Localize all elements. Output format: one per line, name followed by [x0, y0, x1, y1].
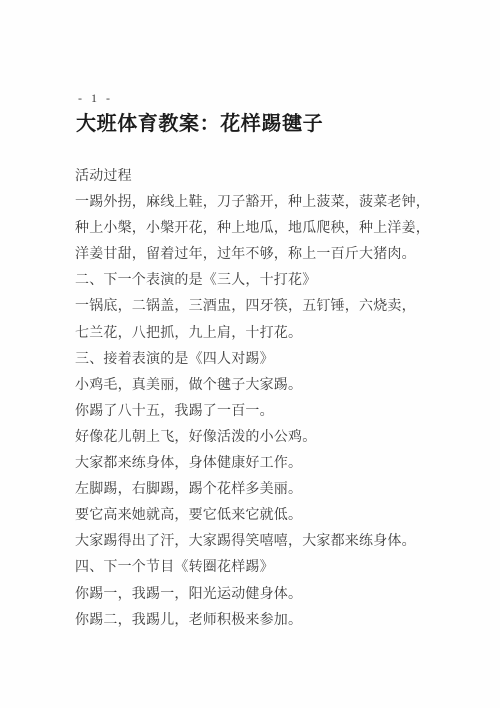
page-number: - 1 - [78, 91, 113, 105]
text-line: 小鸡毛，真美丽，做个毽子大家踢。 [75, 373, 485, 399]
section-heading-four: 四、下一个节目《转圈花样踢》 [75, 555, 485, 581]
section-title-activity-process: 活动过程 [75, 164, 485, 190]
document-title: 大班体育教案：花样踢毽子 [76, 110, 323, 138]
text-line: 你踢一，我踢一，阳光运动健身体。 [75, 582, 485, 608]
text-line: 大家都来练身体，身体健康好工作。 [75, 451, 485, 477]
section-heading-three: 三、接着表演的是《四人对踢》 [75, 347, 485, 373]
text-line: 你踢二，我踢儿，老师积极来参加。 [75, 608, 485, 634]
text-line: 一锅底，二锅盖，三酒盅，四牙筷，五钉锤，六烧卖， [75, 294, 485, 320]
text-line: 好像花儿朝上飞，好像活泼的小公鸡。 [75, 425, 485, 451]
document-page: - 1 - 大班体育教案：花样踢毽子 活动过程 一踢外拐，麻线上鞋，刀子豁开，种… [0, 0, 500, 708]
text-line: 一踢外拐，麻线上鞋，刀子豁开，种上菠菜，菠菜老钟， [75, 190, 485, 216]
text-line: 种上小槃，小槃开花，种上地瓜，地瓜爬秧，种上洋姜， [75, 216, 485, 242]
text-line: 洋姜甘甜，留着过年，过年不够，称上一百斤大猪肉。 [75, 242, 485, 268]
text-line: 要它高来她就高，要它低来它就低。 [75, 503, 485, 529]
section-heading-two: 二、下一个表演的是《三人，十打花》 [75, 268, 485, 294]
text-line: 七兰花，八把抓，九上肩，十打花。 [75, 321, 485, 347]
document-body: 活动过程 一踢外拐，麻线上鞋，刀子豁开，种上菠菜，菠菜老钟， 种上小槃，小槃开花… [75, 164, 485, 634]
text-line: 左脚踢，右脚踢，踢个花样多美丽。 [75, 477, 485, 503]
text-line: 你踢了八十五，我踢了一百一。 [75, 399, 485, 425]
text-line: 大家踢得出了汗，大家踢得笑嘻嘻，大家都来练身体。 [75, 529, 485, 555]
